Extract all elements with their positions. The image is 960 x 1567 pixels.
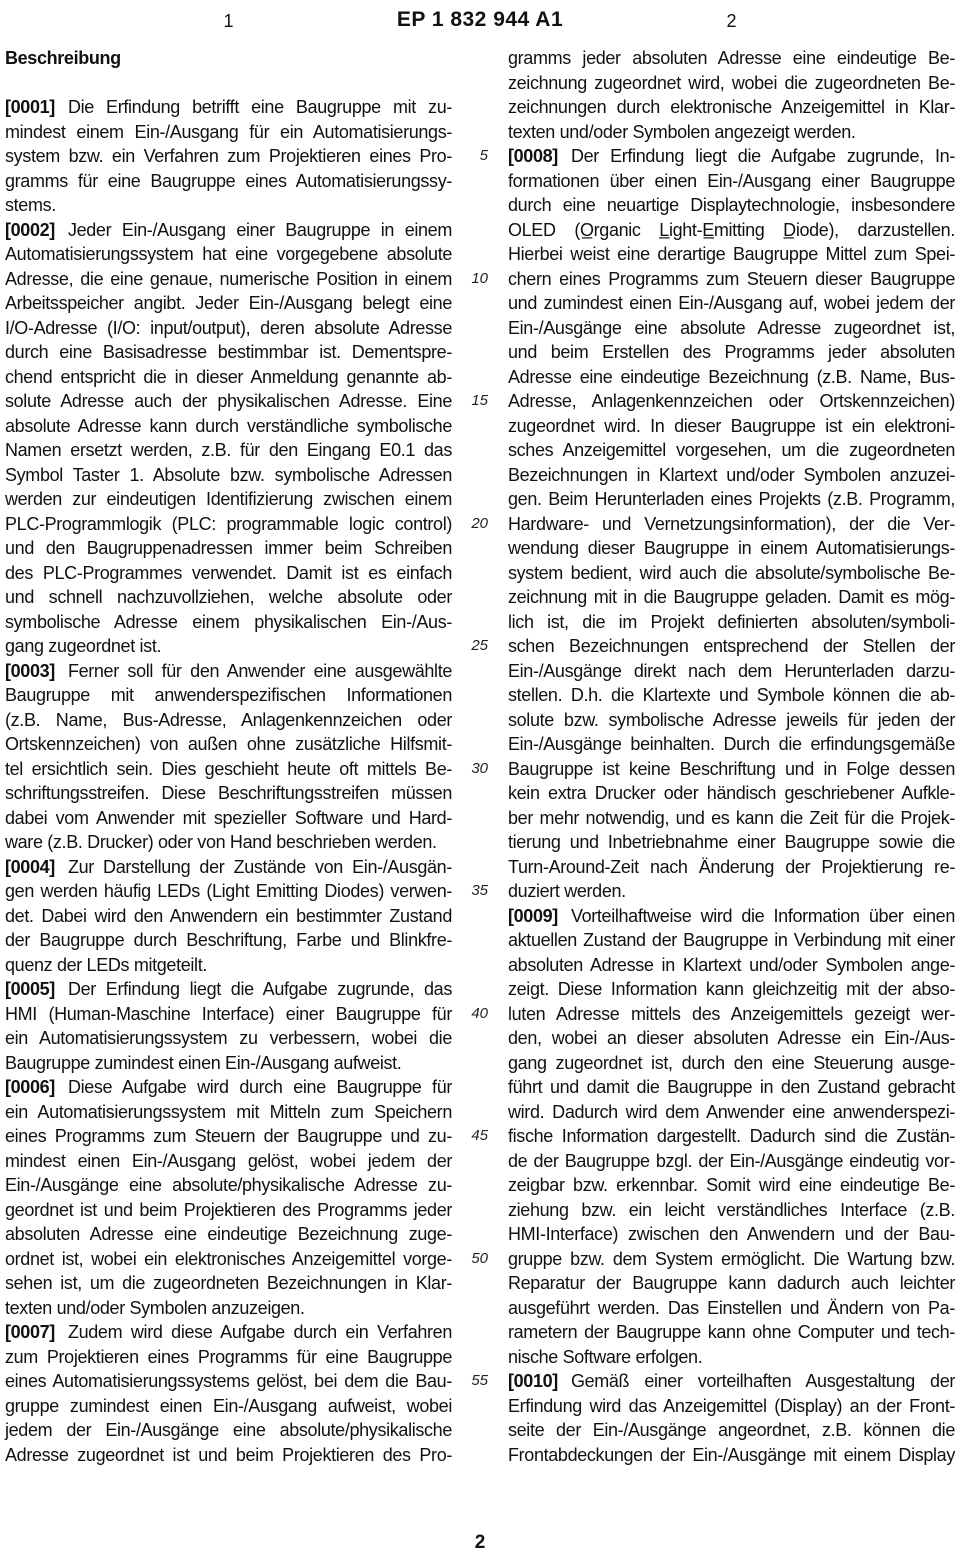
text-line: zeigbar bzw. erkennbar. Somit wird eine … xyxy=(508,1173,955,1198)
paragraph-number: [0009] xyxy=(508,906,558,926)
text-line: texten und/oder Symbolen angezeigt werde… xyxy=(508,120,955,145)
text-line: mindest einen Ein-/Ausgang gelöst, wobei… xyxy=(5,1149,452,1174)
text-line: chend entspricht die in dieser Anmeldung… xyxy=(5,365,452,390)
text-line: Adresse, die eine genaue, numerische Pos… xyxy=(5,267,452,292)
text-line: det. Dabei wird den Anwendern ein bestim… xyxy=(5,904,452,929)
text-line: absolute Adresse kann durch verständlich… xyxy=(5,414,452,439)
text-line: lich ist, die im Projekt definierten abs… xyxy=(508,610,955,635)
text-line: tierung und Inbetriebnahme einer Baugrup… xyxy=(508,830,955,855)
line-number: 25 xyxy=(452,634,488,659)
text-line: zum Projektieren eines Programms für ein… xyxy=(5,1345,452,1370)
text-line: geordnet ist und beim Projektieren des P… xyxy=(5,1198,452,1223)
line-number: 30 xyxy=(452,757,488,782)
text-line: wendung dieser Baugruppe in einem Automa… xyxy=(508,536,955,561)
text-line: solute bzw. symbolische Adresse jeweils … xyxy=(508,708,955,733)
text-line: seite der Ein-/Ausgänge angeordnet, z.B.… xyxy=(508,1418,955,1443)
text-line: Reparatur der Baugruppe kann dadurch auc… xyxy=(508,1271,955,1296)
text-line: ziehung bzw. ein leicht verständliches I… xyxy=(508,1198,955,1223)
paragraph-number: [0004] xyxy=(5,857,55,877)
left-text-column: Beschreibung[0001]Die Erfindung betrifft… xyxy=(5,46,452,1467)
paragraph-number: [0010] xyxy=(508,1371,558,1391)
text-line: schriftungsstreifen. Diese Beschriftungs… xyxy=(5,781,452,806)
paragraph-number: [0006] xyxy=(5,1077,55,1097)
text-line: und den Baugruppenadressen immer beim Sc… xyxy=(5,536,452,561)
text-line: I/O-Adresse (I/O: input/output), deren a… xyxy=(5,316,452,341)
text-line: luten Adresse mittels des Anzeigemittels… xyxy=(508,1002,955,1027)
text-line: Frontabdeckungen der Ein-/Ausgänge mit e… xyxy=(508,1443,955,1468)
paragraph-number: [0008] xyxy=(508,146,558,166)
text-line: ware (z.B. Drucker) oder von Hand beschr… xyxy=(5,830,452,855)
patent-document-page: 1 EP 1 832 944 A1 2 Beschreibung[0001]Di… xyxy=(0,0,960,1567)
text-line: werden zur eindeutigen Identifizierung z… xyxy=(5,487,452,512)
text-line: zeichnung zugeordnet wird, wobei die zug… xyxy=(508,71,955,96)
text-line: Turn-Around-Zeit nach Änderung der Proje… xyxy=(508,855,955,880)
text-line: [0001]Die Erfindung betrifft eine Baugru… xyxy=(5,95,452,120)
text-line: ordnet ist, wobei ein elektronisches Anz… xyxy=(5,1247,452,1272)
paragraph-number: [0001] xyxy=(5,97,55,117)
text-line: symbolische Adresse einem physikalischen… xyxy=(5,610,452,635)
text-line: de der Baugruppe bzgl. der Ein-/Ausgänge… xyxy=(508,1149,955,1174)
text-line: HMI (Human-Maschine Interface) einer Bau… xyxy=(5,1002,452,1027)
text-line: schen Bezeichnungen entsprechend der Ste… xyxy=(508,634,955,659)
text-line: fische Information dargestellt. Dadurch … xyxy=(508,1124,955,1149)
text-line: [0004]Zur Darstellung der Zustände von E… xyxy=(5,855,452,880)
text-line: wird. Dadurch wird dem Anwender eine anw… xyxy=(508,1100,955,1125)
text-line: Adresse, Anlagenkennzeichen oder Ortsken… xyxy=(508,389,955,414)
text-line: ein Automatisierungssystem mit Mitteln z… xyxy=(5,1100,452,1125)
text-line: HMI-Interface) zwischen den Anwendern un… xyxy=(508,1222,955,1247)
text-line: Automatisierungssystem hat eine vorgegeb… xyxy=(5,242,452,267)
text-line: der Baugruppe durch Beschriftung, Farbe … xyxy=(5,928,452,953)
text-line: und schnell nachzuvollziehen, welche abs… xyxy=(5,585,452,610)
text-line: Hierbei weist eine derartige Baugruppe M… xyxy=(508,242,955,267)
text-line: absoluten Adresse in Klartext und/oder S… xyxy=(508,953,955,978)
text-line: aktuellen Zustand der Baugruppe in Verbi… xyxy=(508,928,955,953)
text-line: Bezeichnungen in Klartext und/oder Symbo… xyxy=(508,463,955,488)
line-number: 35 xyxy=(452,879,488,904)
text-line: durch eine Basisadresse bestimmbar ist. … xyxy=(5,340,452,365)
text-line: zugeordnet wird. In dieser Baugruppe ist… xyxy=(508,414,955,439)
text-line: rametern der Baugruppe kann ohne Compute… xyxy=(508,1320,955,1345)
text-line: gramms jeder absoluten Adresse eine eind… xyxy=(508,46,955,71)
text-line: Baugruppe mit anwenderspezifischen Infor… xyxy=(5,683,452,708)
text-line: gen werden häufig LEDs (Light Emitting D… xyxy=(5,879,452,904)
text-line: dabei vom Anwender mit spezieller Softwa… xyxy=(5,806,452,831)
text-line: mindest einem Ein-/Ausgang für ein Autom… xyxy=(5,120,452,145)
text-line: chern eines Programms zum Steuern dieser… xyxy=(508,267,955,292)
paragraph-number: [0007] xyxy=(5,1322,55,1342)
text-line: [0006]Diese Aufgabe wird durch eine Baug… xyxy=(5,1075,452,1100)
text-line: eines Automatisierungssystems gelöst, be… xyxy=(5,1369,452,1394)
paragraph-number: [0005] xyxy=(5,979,55,999)
line-number: 10 xyxy=(452,267,488,292)
text-line: (z.B. Name, Bus-Adresse, Anlagenkennzeic… xyxy=(5,708,452,733)
section-heading: Beschreibung xyxy=(5,46,452,71)
text-line: system bzw. ein Verfahren zum Projektier… xyxy=(5,144,452,169)
text-line: und beim Erstellen des Programms jeder a… xyxy=(508,340,955,365)
line-number: 40 xyxy=(452,1002,488,1027)
text-line: gen. Beim Herunterladen eines Projekts (… xyxy=(508,487,955,512)
text-line: eines Programms zum Steuern der Baugrupp… xyxy=(5,1124,452,1149)
text-line: [0002]Jeder Ein-/Ausgang einer Baugruppe… xyxy=(5,218,452,243)
paragraph-number: [0002] xyxy=(5,220,55,240)
text-line: Adresse eine eindeutige Bezeichnung (z.B… xyxy=(508,365,955,390)
text-line: [0003]Ferner soll für den Anwender eine … xyxy=(5,659,452,684)
text-line: jedem der Ein-/Ausgänge eine absolute/ph… xyxy=(5,1418,452,1443)
text-line: system bedient, wird auch die absolute/s… xyxy=(508,561,955,586)
text-line: formationen über einen Ein-/Ausgang eine… xyxy=(508,169,955,194)
text-line: zeigt. Diese Information kann gleichzeit… xyxy=(508,977,955,1002)
text-line: quenz der LEDs mitgeteilt. xyxy=(5,953,452,978)
text-line: Ein-/Ausgänge direkt nach dem Herunterla… xyxy=(508,659,955,684)
text-line: gruppe bzw. dem System ermöglicht. Die W… xyxy=(508,1247,955,1272)
header-column-number-right: 2 xyxy=(508,8,955,34)
text-line: Ein-/Ausgänge beinhalten. Durch die erfi… xyxy=(508,732,955,757)
text-line: tel ersichtlich sein. Dies geschieht heu… xyxy=(5,757,452,782)
text-line: OLED (O̲rganic L̲ight-E̲mitting D̲iode),… xyxy=(508,218,955,243)
text-line: texten und/oder Symbolen anzuzeigen. xyxy=(5,1296,452,1321)
text-line: solute Adresse auch der physikalischen A… xyxy=(5,389,452,414)
text-line: zeichnung mit in die Baugruppe geladen. … xyxy=(508,585,955,610)
text-line: sehen ist, um die zugeordneten Bezeichnu… xyxy=(5,1271,452,1296)
text-line: zeichnungen durch elektronische Anzeigem… xyxy=(508,95,955,120)
text-line: duziert werden. xyxy=(508,879,955,904)
text-line: Ein-/Ausgänge eine absolute/physikalisch… xyxy=(5,1173,452,1198)
text-line: Namen ersetzt werden, z.B. für den Einga… xyxy=(5,438,452,463)
line-number: 50 xyxy=(452,1247,488,1272)
text-line: ein Automatisierungssystem zu verbessern… xyxy=(5,1026,452,1051)
text-line: Ein-/Ausgänge eine absolute Adresse zuge… xyxy=(508,316,955,341)
text-line: Erfindung wird das Anzeigemittel (Displa… xyxy=(508,1394,955,1419)
text-line: sches Anzeigemittel vorgesehen, um die z… xyxy=(508,438,955,463)
text-line: und zumindest einen Ein-/Ausgang auf, wo… xyxy=(508,291,955,316)
text-line: absoluten Adresse eine eindeutige Bezeic… xyxy=(5,1222,452,1247)
text-line: Baugruppe zumindest einen Ein-/Ausgang a… xyxy=(5,1051,452,1076)
text-line: durch eine neuartige Displaytechnologie,… xyxy=(508,193,955,218)
text-line: [0009]Vorteilhaftweise wird die Informat… xyxy=(508,904,955,929)
text-line: stems. xyxy=(5,193,452,218)
text-line: Hardware- und Vernetzungsinformation), d… xyxy=(508,512,955,537)
text-line: stellen. D.h. die Klartexte und Symbole … xyxy=(508,683,955,708)
right-text-column: gramms jeder absoluten Adresse eine eind… xyxy=(508,46,955,1467)
line-number: 55 xyxy=(452,1369,488,1394)
text-line: [0005]Der Erfindung liegt die Aufgabe zu… xyxy=(5,977,452,1002)
line-number: 15 xyxy=(452,389,488,414)
text-line: Baugruppe ist keine Beschriftung und in … xyxy=(508,757,955,782)
text-line: [0008]Der Erfindung liegt die Aufgabe zu… xyxy=(508,144,955,169)
text-line: gramms für eine Baugruppe eines Automati… xyxy=(5,169,452,194)
line-number: 20 xyxy=(452,512,488,537)
paragraph-number: [0003] xyxy=(5,661,55,681)
text-line: PLC-Programmlogik (PLC: programmable log… xyxy=(5,512,452,537)
line-number-gutter: 510152025303540455055 xyxy=(452,46,488,1476)
text-line: gang zugeordnet ist, durch den eine Steu… xyxy=(508,1051,955,1076)
text-line: führt und damit die Baugruppe in den Zus… xyxy=(508,1075,955,1100)
text-line: kein extra Drucker oder händisch geschri… xyxy=(508,781,955,806)
text-line: Arbeitsspeicher angibt. Jeder Ein-/Ausga… xyxy=(5,291,452,316)
text-line: Ortskennzeichen) von außen ohne zusätzli… xyxy=(5,732,452,757)
text-line: [0007]Zudem wird diese Aufgabe durch ein… xyxy=(5,1320,452,1345)
text-line: [0010]Gemäß einer vorteilhaften Ausgesta… xyxy=(508,1369,955,1394)
text-line: gruppe zumindest einen Ein-/Ausgang aufw… xyxy=(5,1394,452,1419)
line-number: 45 xyxy=(452,1124,488,1149)
text-line: ber mehr notwendig, und es kann die Zeit… xyxy=(508,806,955,831)
text-line: den, wobei an dieser absoluten Adresse e… xyxy=(508,1026,955,1051)
text-line: ausgeführt werden. Das Einstellen und Än… xyxy=(508,1296,955,1321)
text-line: Adresse zugeordnet ist und beim Projekti… xyxy=(5,1443,452,1468)
page-number: 2 xyxy=(0,1532,960,1554)
text-line: Symbol Taster 1. Absolute bzw. symbolisc… xyxy=(5,463,452,488)
text-line: gang zugeordnet ist. xyxy=(5,634,452,659)
line-number: 5 xyxy=(452,144,488,169)
text-line: nische Software erfolgen. xyxy=(508,1345,955,1370)
text-line: des PLC-Programmes verwendet. Damit ist … xyxy=(5,561,452,586)
blank-line xyxy=(5,71,452,96)
